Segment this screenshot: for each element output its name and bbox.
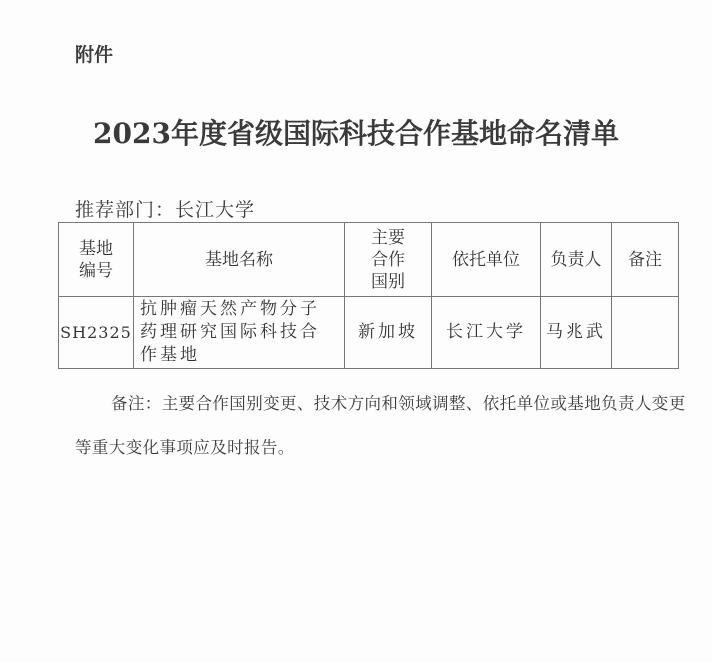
- recommend-department: 推荐部门：长江大学: [75, 195, 255, 222]
- cell-host-unit: 长江大学: [432, 297, 541, 369]
- header-base-name: 基地名称: [134, 223, 345, 297]
- header-host-unit: 依托单位: [432, 223, 541, 297]
- document-title: 2023年度省级国际科技合作基地命名清单: [0, 112, 712, 152]
- cell-leader: 马兆武: [541, 297, 612, 369]
- cell-base-code: SH2325: [59, 297, 134, 369]
- cell-base-name: 抗肿瘤天然产物分子药理研究国际科技合作基地: [134, 297, 345, 369]
- cell-partner-country: 新加坡: [345, 297, 432, 369]
- table-row: SH2325 抗肿瘤天然产物分子药理研究国际科技合作基地 新加坡 长江大学 马兆…: [59, 297, 679, 369]
- remark-note: 备注：主要合作国别变更、技术方向和领域调整、依托单位或基地负责人变更等重大变化事…: [75, 382, 690, 470]
- header-remark: 备注: [612, 223, 679, 297]
- cell-remark: [612, 297, 679, 369]
- attachment-label: 附件: [75, 40, 113, 67]
- header-leader: 负责人: [541, 223, 612, 297]
- header-base-code: 基地 编号: [59, 223, 134, 297]
- base-list-table: 基地 编号 基地名称 主要 合作 国别 依托单位 负责人 备注 SH232: [58, 222, 679, 369]
- header-partner-country: 主要 合作 国别: [345, 223, 432, 297]
- table-header-row: 基地 编号 基地名称 主要 合作 国别 依托单位 负责人 备注: [59, 223, 679, 297]
